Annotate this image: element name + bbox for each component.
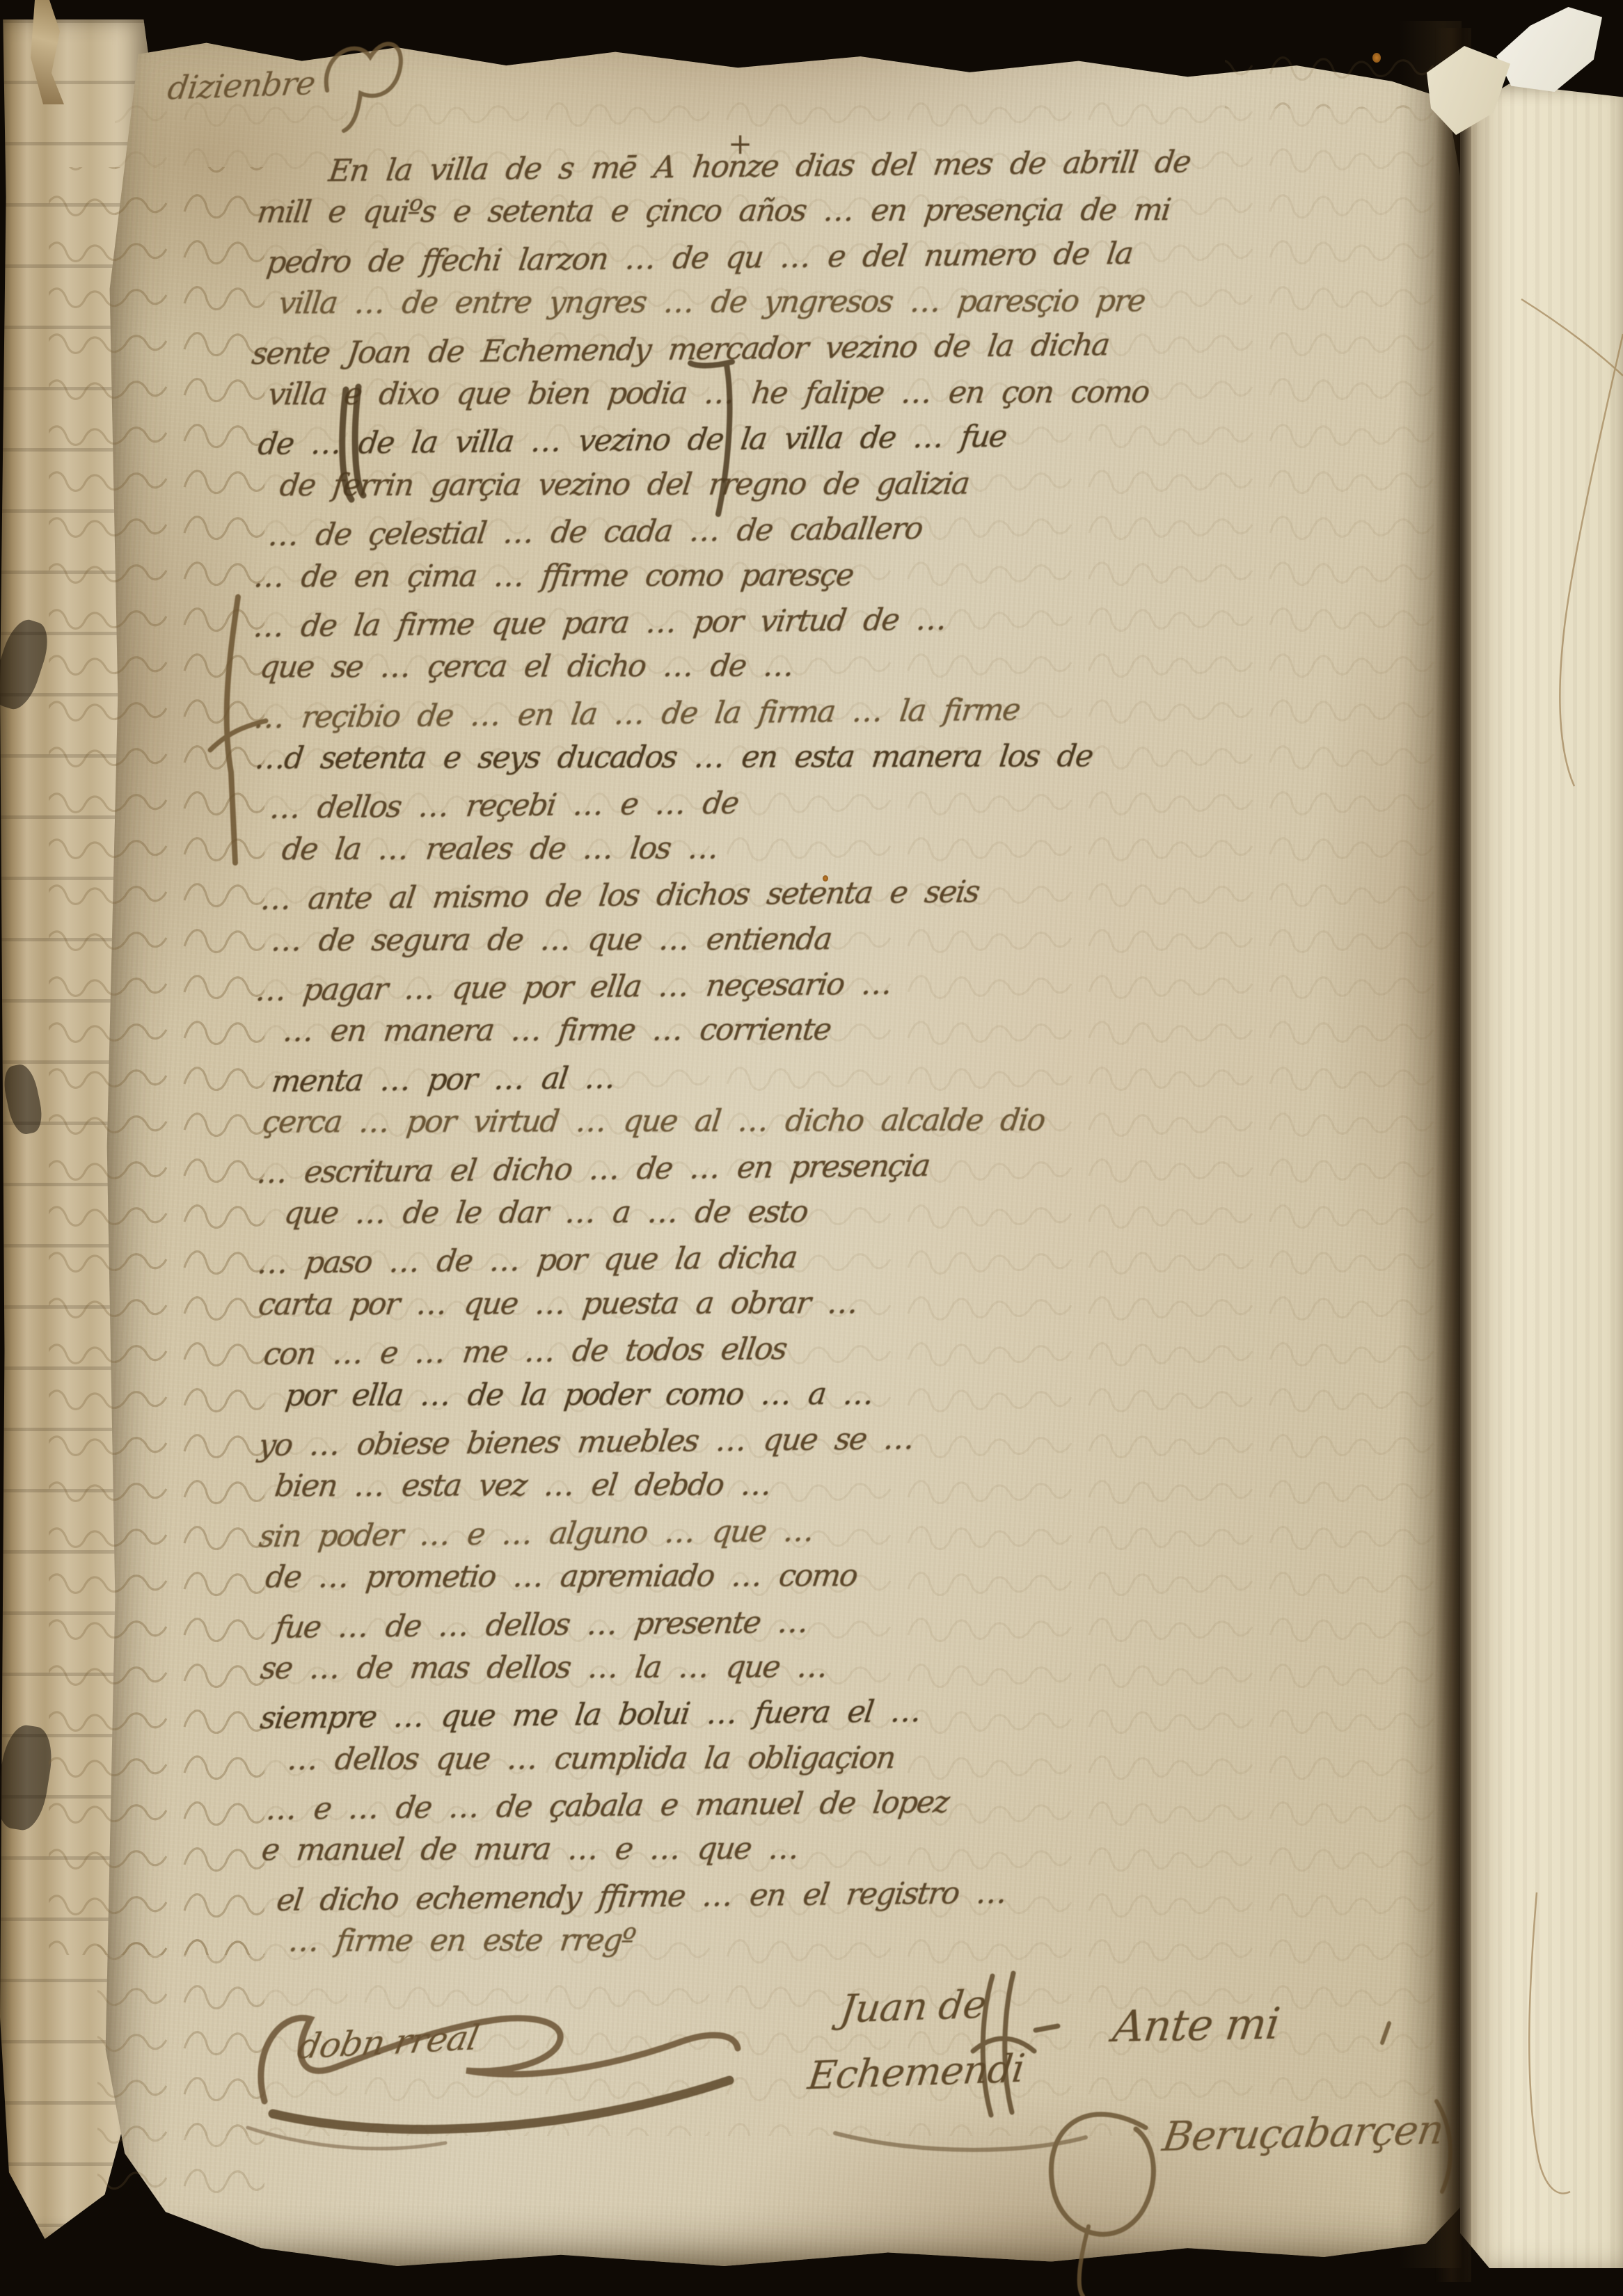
manuscript-line: … dellos … reçebi … e … de — [267, 779, 1445, 836]
manuscript-line: En la villa de s mē A honze dias del mes… — [326, 141, 1441, 198]
manuscript-line: de la … reales de … los … — [279, 829, 1445, 877]
manuscript-line: fue … de … dellos … presente … — [271, 1597, 1450, 1655]
binding-gutter-shadow — [1435, 28, 1471, 2282]
manuscript-line: de ferrin garçia vezino del rregno de ga… — [276, 464, 1442, 513]
manuscript-line: que se … çerca el dicho … de … — [257, 646, 1443, 695]
manuscript-line: … de çelestial … de cada … de caballero — [265, 505, 1443, 563]
rust-stain — [823, 875, 828, 882]
manuscript-line: sin poder … e … alguno … que … — [255, 1506, 1449, 1564]
manuscript-line: … de en çima … ffirme como paresçe — [251, 555, 1443, 604]
notary-signature-text: Beruçabarçen — [1159, 2106, 1447, 2160]
manuscript-line: … en manera … firme … corriente — [280, 1010, 1446, 1059]
manuscript-photo-scene: En la villa de s mē A honze dias del mes… — [0, 0, 1623, 2296]
ante-mi-label: Ante mi — [1110, 1998, 1282, 2052]
manuscript-line: e manuel de mura … e … que … — [258, 1829, 1450, 1878]
manuscript-line: yo … obiese bienes muebles … que se … — [255, 1415, 1449, 1473]
manuscript-line: villa e dixo que bien podia … he falipe … — [265, 374, 1442, 422]
manuscript-line: … dellos que … cumplida la obligaçion — [285, 1738, 1450, 1787]
manuscript-line: … ante al mismo de los dichos setenta e … — [258, 869, 1446, 927]
manuscript-line: … pagar … que por ella … neçesario … — [253, 960, 1446, 1018]
manuscript-line: menta … por … al … — [268, 1051, 1446, 1109]
manuscript-line: … de segura de … que … entienda — [268, 919, 1445, 968]
manuscript-line: … escritura el dicho … de … en presençia — [253, 1142, 1447, 1200]
manuscript-line: de … de la villa … vezino de la villa de… — [255, 414, 1443, 472]
rust-stain — [1372, 53, 1381, 63]
manuscript-line: mill e quiºs e setenta e çinco años … en… — [254, 191, 1441, 240]
invocation-cross: + — [728, 127, 752, 161]
date-marginalia: dizienbre — [166, 64, 317, 106]
manuscript-line: por ella … de la poder como … a … — [282, 1374, 1448, 1423]
manuscript-line: sente Joan de Echemendy mercador vezino … — [248, 324, 1442, 381]
manuscript-line: … reçibio de … en la … de la firma … la … — [251, 687, 1444, 745]
manuscript-line: pedro de ffechi larzon … de qu … e del n… — [263, 232, 1441, 290]
manuscript-line: se … de mas dellos … la … que … — [258, 1648, 1450, 1696]
manuscript-line: siempre … que me la bolui … fuera el … — [257, 1688, 1450, 1746]
manuscript-line: çerca … por virtud … que al … dicho alca… — [260, 1101, 1446, 1150]
manuscript-line: bien … esta vez … el debdo … — [271, 1465, 1448, 1514]
signature-juan-line1: Juan de — [837, 1982, 988, 2032]
manuscript-text-block: En la villa de s mē A honze dias del mes… — [251, 144, 1449, 1971]
tissue-paper-fragment — [1496, 7, 1602, 92]
manuscript-line: que … de le dar … a … de esto — [281, 1193, 1447, 1241]
manuscript-line: … e … de … de çabala e manuel de lopez — [263, 1779, 1451, 1837]
manuscript-line: el dicho echemendy ffirme … en el regist… — [274, 1870, 1452, 1928]
facing-blank-page — [1460, 75, 1623, 2268]
manuscript-line: de … prometio … apremiado … como — [262, 1556, 1449, 1605]
manuscript-line: … firme en este rregº — [285, 1920, 1451, 1969]
manuscript-line: carta por … que … puesta a obrar … — [255, 1284, 1448, 1332]
manuscript-line: …d setenta e seys ducados … en esta mane… — [252, 738, 1444, 786]
manuscript-line: villa … de entre yngres … de yngresos … … — [276, 282, 1441, 331]
signature-juan-line2: Echemendi — [805, 2046, 1027, 2099]
manuscript-line: con … e … me … de todos ellos — [260, 1324, 1448, 1382]
manuscript-line: … de la firme que para … por virtud de … — [250, 596, 1443, 654]
manuscript-line: … paso … de … por que la dicha — [254, 1233, 1448, 1291]
